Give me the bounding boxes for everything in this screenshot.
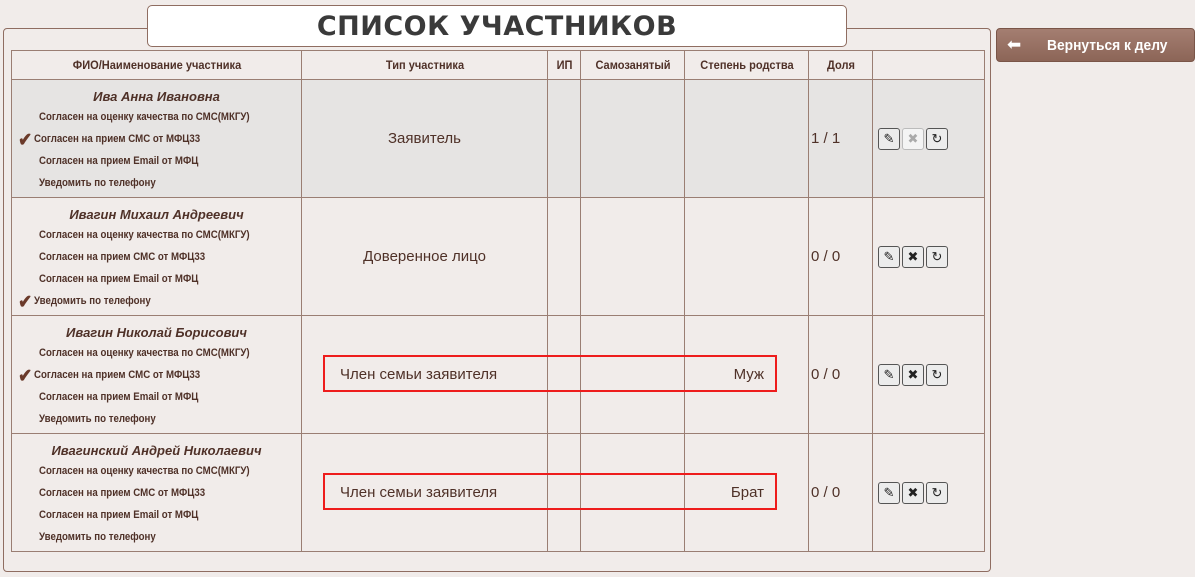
back-arrow-icon: ⬅: [1007, 35, 1031, 55]
close-icon: ✖: [908, 367, 919, 383]
delete-button[interactable]: ✖: [902, 128, 924, 150]
participant-name-cell: Ива Анна Ивановна Согласен на оценку кач…: [12, 80, 302, 198]
table-row: Ивагинский Андрей Николаевич Согласен на…: [12, 434, 985, 552]
edit-button[interactable]: ✎: [878, 246, 900, 268]
participant-name: Ивагин Николай Борисович: [12, 325, 301, 340]
participant-type: Заявитель: [302, 80, 548, 198]
option-2[interactable]: ✔Согласен на прием СМС от МФЦ33: [34, 133, 200, 145]
option-1[interactable]: Согласен на оценку качества по СМС(МКГУ): [39, 111, 250, 123]
option-label: Уведомить по телефону: [34, 295, 151, 307]
col-header-name: ФИО/Наименование участника: [23, 51, 290, 80]
table-row: Ивагин Михаил Андреевич Согласен на оцен…: [12, 198, 985, 316]
participant-name-cell: Ивагин Михаил Андреевич Согласен на оцен…: [12, 198, 302, 316]
option-3[interactable]: Согласен на прием Email от МФЦ: [39, 509, 198, 521]
share-cell: 0 / 0: [809, 198, 873, 316]
delete-button[interactable]: ✖: [902, 364, 924, 386]
ip-cell: [548, 198, 581, 316]
actions-cell: ✎✖↻: [873, 198, 985, 316]
refresh-button[interactable]: ↻: [926, 246, 948, 268]
share-cell: 0 / 0: [809, 434, 873, 552]
self-employed-cell: [581, 80, 685, 198]
self-employed-cell: [581, 434, 685, 552]
table-header-row: ФИО/Наименование участника Тип участника…: [12, 51, 985, 80]
option-label: Согласен на оценку качества по СМС(МКГУ): [39, 347, 250, 359]
option-2[interactable]: ✔Согласен на прием СМС от МФЦ33: [34, 369, 200, 381]
option-4[interactable]: ✔Уведомить по телефону: [34, 295, 151, 307]
option-2[interactable]: Согласен на прием СМС от МФЦ33: [39, 487, 205, 499]
participant-name: Ивагин Михаил Андреевич: [12, 207, 301, 222]
col-header-ip: ИП: [549, 51, 579, 80]
col-header-kinship: Степень родства: [689, 51, 803, 80]
option-4[interactable]: Уведомить по телефону: [39, 177, 156, 189]
col-header-self-employed: Самозанятый: [585, 51, 681, 80]
delete-button[interactable]: ✖: [902, 482, 924, 504]
option-label: Согласен на оценку качества по СМС(МКГУ): [39, 111, 250, 123]
option-label: Согласен на прием СМС от МФЦ33: [34, 133, 200, 145]
table-row: Ива Анна Ивановна Согласен на оценку кач…: [12, 80, 985, 198]
check-icon: ✔: [18, 129, 32, 152]
option-1[interactable]: Согласен на оценку качества по СМС(МКГУ): [39, 465, 250, 477]
option-1[interactable]: Согласен на оценку качества по СМС(МКГУ): [39, 229, 250, 241]
option-label: Согласен на прием СМС от МФЦ33: [39, 487, 205, 499]
option-3[interactable]: Согласен на прием Email от МФЦ: [39, 391, 198, 403]
option-label: Согласен на прием Email от МФЦ: [39, 155, 198, 167]
pencil-icon: ✎: [884, 485, 895, 501]
refresh-icon: ↻: [932, 485, 943, 501]
option-label: Уведомить по телефону: [39, 413, 156, 425]
participant-name: Ива Анна Ивановна: [12, 89, 301, 104]
back-button-label: Вернуться к делу: [1047, 37, 1167, 54]
page-title-box: СПИСОК УЧАСТНИКОВ: [147, 5, 847, 47]
refresh-icon: ↻: [932, 249, 943, 265]
edit-button[interactable]: ✎: [878, 482, 900, 504]
option-4[interactable]: Уведомить по телефону: [39, 531, 156, 543]
back-to-case-button[interactable]: ⬅ Вернуться к делу: [996, 28, 1195, 62]
kinship-cell: Брат: [685, 434, 809, 552]
col-header-share: Доля: [811, 51, 870, 80]
refresh-button[interactable]: ↻: [926, 128, 948, 150]
option-3[interactable]: Согласен на прием Email от МФЦ: [39, 155, 198, 167]
actions-cell: ✎✖↻: [873, 434, 985, 552]
option-label: Уведомить по телефону: [39, 531, 156, 543]
kinship-cell: [685, 80, 809, 198]
ip-cell: [548, 434, 581, 552]
participants-table: ФИО/Наименование участника Тип участника…: [11, 50, 985, 552]
share-cell: 1 / 1: [809, 80, 873, 198]
participant-type: Член семьи заявителя: [302, 316, 548, 434]
participant-name: Ивагинский Андрей Николаевич: [12, 443, 301, 458]
close-icon: ✖: [908, 131, 919, 147]
option-2[interactable]: Согласен на прием СМС от МФЦ33: [39, 251, 205, 263]
ip-cell: [548, 316, 581, 434]
col-header-actions: [877, 51, 980, 80]
participant-type: Член семьи заявителя: [302, 434, 548, 552]
edit-button[interactable]: ✎: [878, 128, 900, 150]
pencil-icon: ✎: [884, 131, 895, 147]
option-3[interactable]: Согласен на прием Email от МФЦ: [39, 273, 198, 285]
table-row: Ивагин Николай Борисович Согласен на оце…: [12, 316, 985, 434]
close-icon: ✖: [908, 249, 919, 265]
check-icon: ✔: [18, 365, 32, 388]
edit-button[interactable]: ✎: [878, 364, 900, 386]
option-label: Уведомить по телефону: [39, 177, 156, 189]
check-icon: ✔: [18, 291, 32, 314]
page-title: СПИСОК УЧАСТНИКОВ: [317, 11, 677, 42]
actions-cell: ✎✖↻: [873, 316, 985, 434]
option-label: Согласен на прием Email от МФЦ: [39, 509, 198, 521]
refresh-icon: ↻: [932, 367, 943, 383]
refresh-button[interactable]: ↻: [926, 482, 948, 504]
self-employed-cell: [581, 198, 685, 316]
option-label: Согласен на оценку качества по СМС(МКГУ): [39, 229, 250, 241]
option-label: Согласен на оценку качества по СМС(МКГУ): [39, 465, 250, 477]
option-1[interactable]: Согласен на оценку качества по СМС(МКГУ): [39, 347, 250, 359]
close-icon: ✖: [908, 485, 919, 501]
option-4[interactable]: Уведомить по телефону: [39, 413, 156, 425]
kinship-cell: [685, 198, 809, 316]
pencil-icon: ✎: [884, 367, 895, 383]
option-label: Согласен на прием Email от МФЦ: [39, 273, 198, 285]
option-label: Согласен на прием СМС от МФЦ33: [34, 369, 200, 381]
option-label: Согласен на прием СМС от МФЦ33: [39, 251, 205, 263]
delete-button[interactable]: ✖: [902, 246, 924, 268]
participant-type: Доверенное лицо: [302, 198, 548, 316]
share-cell: 0 / 0: [809, 316, 873, 434]
participant-name-cell: Ивагинский Андрей Николаевич Согласен на…: [12, 434, 302, 552]
pencil-icon: ✎: [884, 249, 895, 265]
ip-cell: [548, 80, 581, 198]
col-header-type: Тип участника: [311, 51, 537, 80]
option-label: Согласен на прием Email от МФЦ: [39, 391, 198, 403]
self-employed-cell: [581, 316, 685, 434]
actions-cell: ✎✖↻: [873, 80, 985, 198]
refresh-button[interactable]: ↻: [926, 364, 948, 386]
kinship-cell: Муж: [685, 316, 809, 434]
participant-name-cell: Ивагин Николай Борисович Согласен на оце…: [12, 316, 302, 434]
refresh-icon: ↻: [932, 131, 943, 147]
